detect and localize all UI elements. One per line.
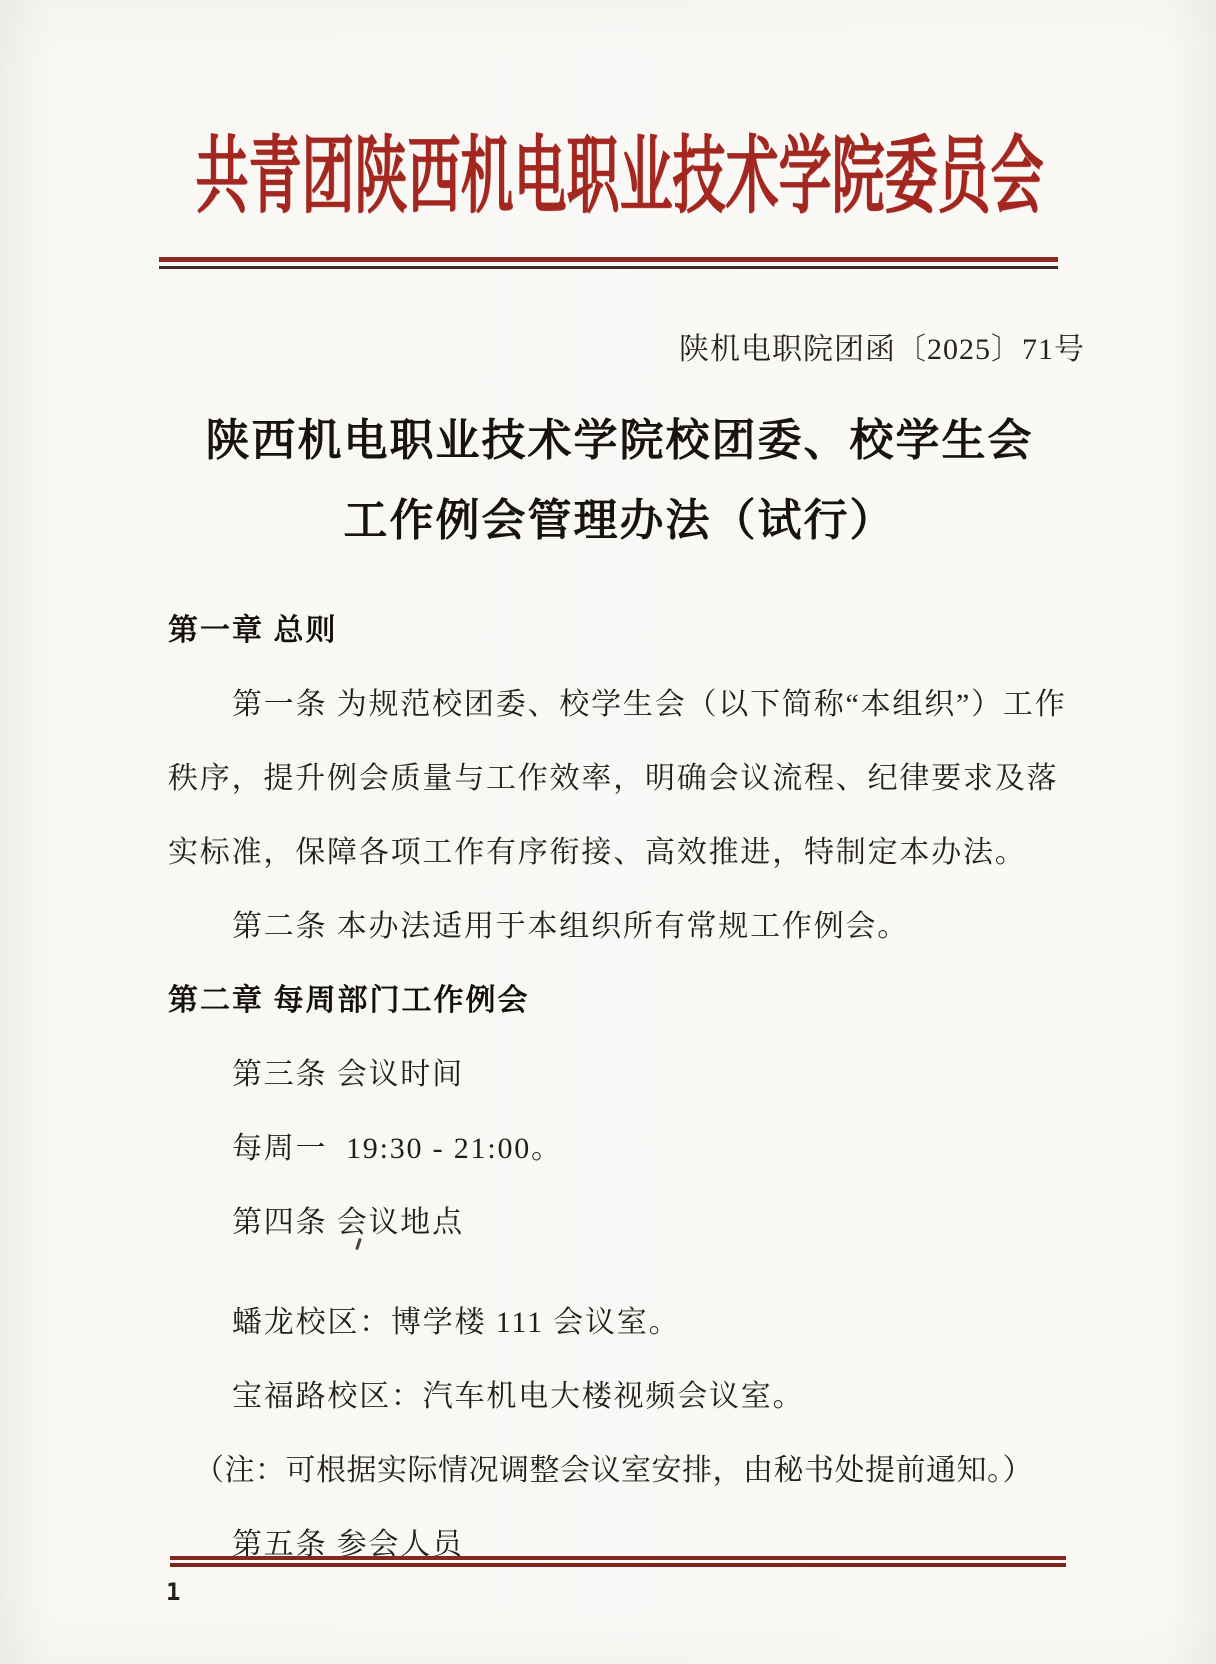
article-4: 第四条 会议地点 bbox=[168, 1186, 1071, 1260]
article-1: 第一条 为规范校团委、校学生会（以下简称“本组织”）工作秩序，提升例会质量与工作… bbox=[168, 668, 1071, 890]
location-baofulu: 宝福路校区：汽车机电大楼视频会议室。 bbox=[168, 1360, 1071, 1434]
letterhead-org-title: 共青团陕西机电职业技术学院委员会 bbox=[168, 130, 1071, 228]
chapter-1-heading: 第一章 总则 bbox=[168, 594, 1071, 668]
page-number: 1 bbox=[166, 1578, 180, 1606]
document-title-line-2: 工作例会管理办法（试行） bbox=[168, 490, 1071, 552]
document-title-line-1: 陕西机电职业技术学院校团委、校学生会 bbox=[168, 410, 1071, 472]
article-3: 第三条 会议时间 bbox=[168, 1038, 1071, 1112]
chapter-2-heading: 第二章 每周部门工作例会 bbox=[168, 964, 1071, 1038]
meeting-time: 每周一 19:30 - 21:00。 bbox=[168, 1112, 1071, 1186]
document-page: 共青团陕西机电职业技术学院委员会 陕机电职院团函〔2025〕71号 陕西机电职业… bbox=[0, 0, 1216, 1664]
article-2: 第二条 本办法适用于本组织所有常规工作例会。 bbox=[168, 890, 1071, 964]
footer-double-rule bbox=[170, 1556, 1066, 1567]
document-content: 共青团陕西机电职业技术学院委员会 陕机电职院团函〔2025〕71号 陕西机电职业… bbox=[0, 0, 1216, 1582]
letterhead-rule-dark-line bbox=[159, 266, 1058, 269]
location-panlong: 蟠龙校区：博学楼 111 会议室。 bbox=[168, 1286, 1071, 1360]
document-body: 第一章 总则第一条 为规范校团委、校学生会（以下简称“本组织”）工作秩序，提升例… bbox=[168, 594, 1071, 1582]
document-title: 陕西机电职业技术学院校团委、校学生会 工作例会管理办法（试行） bbox=[168, 410, 1071, 552]
footer-rule-line-2 bbox=[170, 1563, 1066, 1567]
room-adjust-note: （注：可根据实际情况调整会议室安排，由秘书处提前通知。） bbox=[168, 1434, 1071, 1508]
letterhead-double-rule bbox=[159, 257, 1058, 269]
doc-number: 陕机电职院团函〔2025〕71号 bbox=[168, 330, 1085, 370]
article-5: 第五条 参会人员 bbox=[168, 1508, 1071, 1582]
